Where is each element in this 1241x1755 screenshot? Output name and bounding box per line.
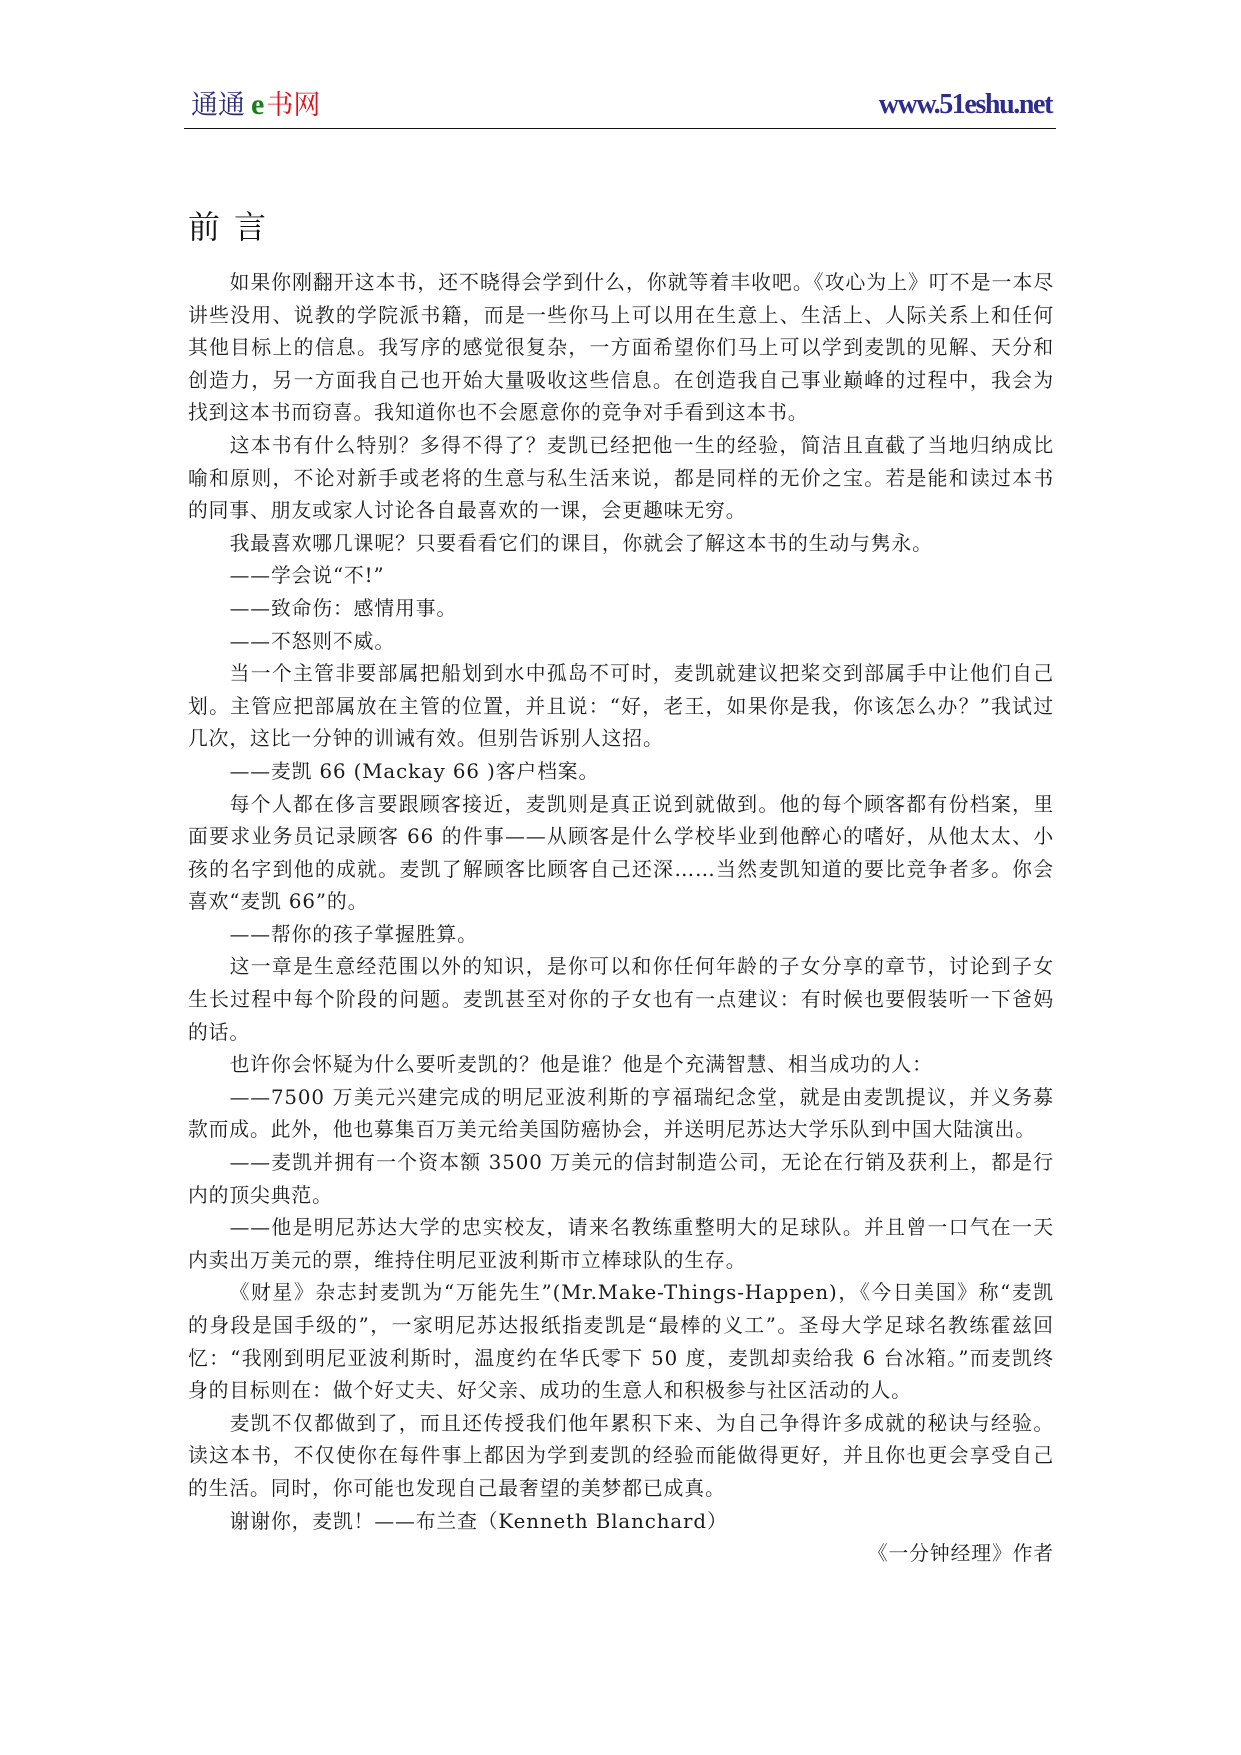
lesson-item: ——不怒则不威。: [188, 626, 1054, 659]
brand-part-shuwang: 书网: [266, 90, 320, 121]
document-body: 如果你刚翻开这本书，还不晓得会学到什么，你就等着丰收吧。《攻心为上》叮不是一本尽…: [188, 267, 1054, 1571]
author-signature: 《一分钟经理》作者: [188, 1538, 1054, 1571]
lesson-item: ——学会说“不!”: [188, 560, 1054, 593]
lesson-item: ——麦凯 66 (Mackay 66 )客户档案。: [188, 756, 1054, 789]
site-brand-logo: 通通e书网: [191, 88, 320, 123]
brand-part-e: e: [251, 88, 264, 121]
paragraph: 麦凯不仅都做到了，而且还传授我们他年累积下来、为自己争得许多成就的秘诀与经验。读…: [188, 1408, 1054, 1506]
achievement-item: ——他是明尼苏达大学的忠实校友，请来名教练重整明大的足球队。并且曾一口气在一天内…: [188, 1212, 1054, 1277]
lesson-item: ——帮你的孩子掌握胜算。: [188, 919, 1054, 952]
page-title: 前言: [188, 207, 280, 247]
paragraph: 当一个主管非要部属把船划到水中孤岛不可时，麦凯就建议把桨交到部属手中让他们自己划…: [188, 658, 1054, 756]
paragraph: 我最喜欢哪几课呢？只要看看它们的课目，你就会了解这本书的生动与隽永。: [188, 528, 1054, 561]
paragraph: 如果你刚翻开这本书，还不晓得会学到什么，你就等着丰收吧。《攻心为上》叮不是一本尽…: [188, 267, 1054, 430]
brand-part-tongtong: 通通: [191, 90, 245, 121]
lesson-item: ——致命伤：感情用事。: [188, 593, 1054, 626]
paragraph: 也许你会怀疑为什么要听麦凯的？他是谁？他是个充满智慧、相当成功的人：: [188, 1049, 1054, 1082]
paragraph: 这一章是生意经范围以外的知识，是你可以和你任何年龄的子女分享的章节，讨论到子女生…: [188, 951, 1054, 1049]
achievement-item: ——麦凯并拥有一个资本额 3500 万美元的信封制造公司，无论在行销及获利上，都…: [188, 1147, 1054, 1212]
header-divider: [184, 128, 1056, 129]
page-header: 通通e书网 www.51eshu.net: [185, 86, 1055, 126]
site-url: www.51eshu.net: [879, 88, 1052, 122]
paragraph: 这本书有什么特别？多得不得了？麦凯已经把他一生的经验，简洁且直截了当地归纳成比喻…: [188, 430, 1054, 528]
paragraph: 每个人都在侈言要跟顾客接近，麦凯则是真正说到就做到。他的每个顾客都有份档案，里面…: [188, 789, 1054, 919]
thanks-line: 谢谢你，麦凯！——布兰查（Kenneth Blanchard）: [188, 1506, 1054, 1539]
achievement-item: ——7500 万美元兴建完成的明尼亚波利斯的亨福瑞纪念堂，就是由麦凯提议，并义务…: [188, 1082, 1054, 1147]
paragraph: 《财星》杂志封麦凯为“万能先生”(Mr.Make-Things-Happen)，…: [188, 1277, 1054, 1407]
